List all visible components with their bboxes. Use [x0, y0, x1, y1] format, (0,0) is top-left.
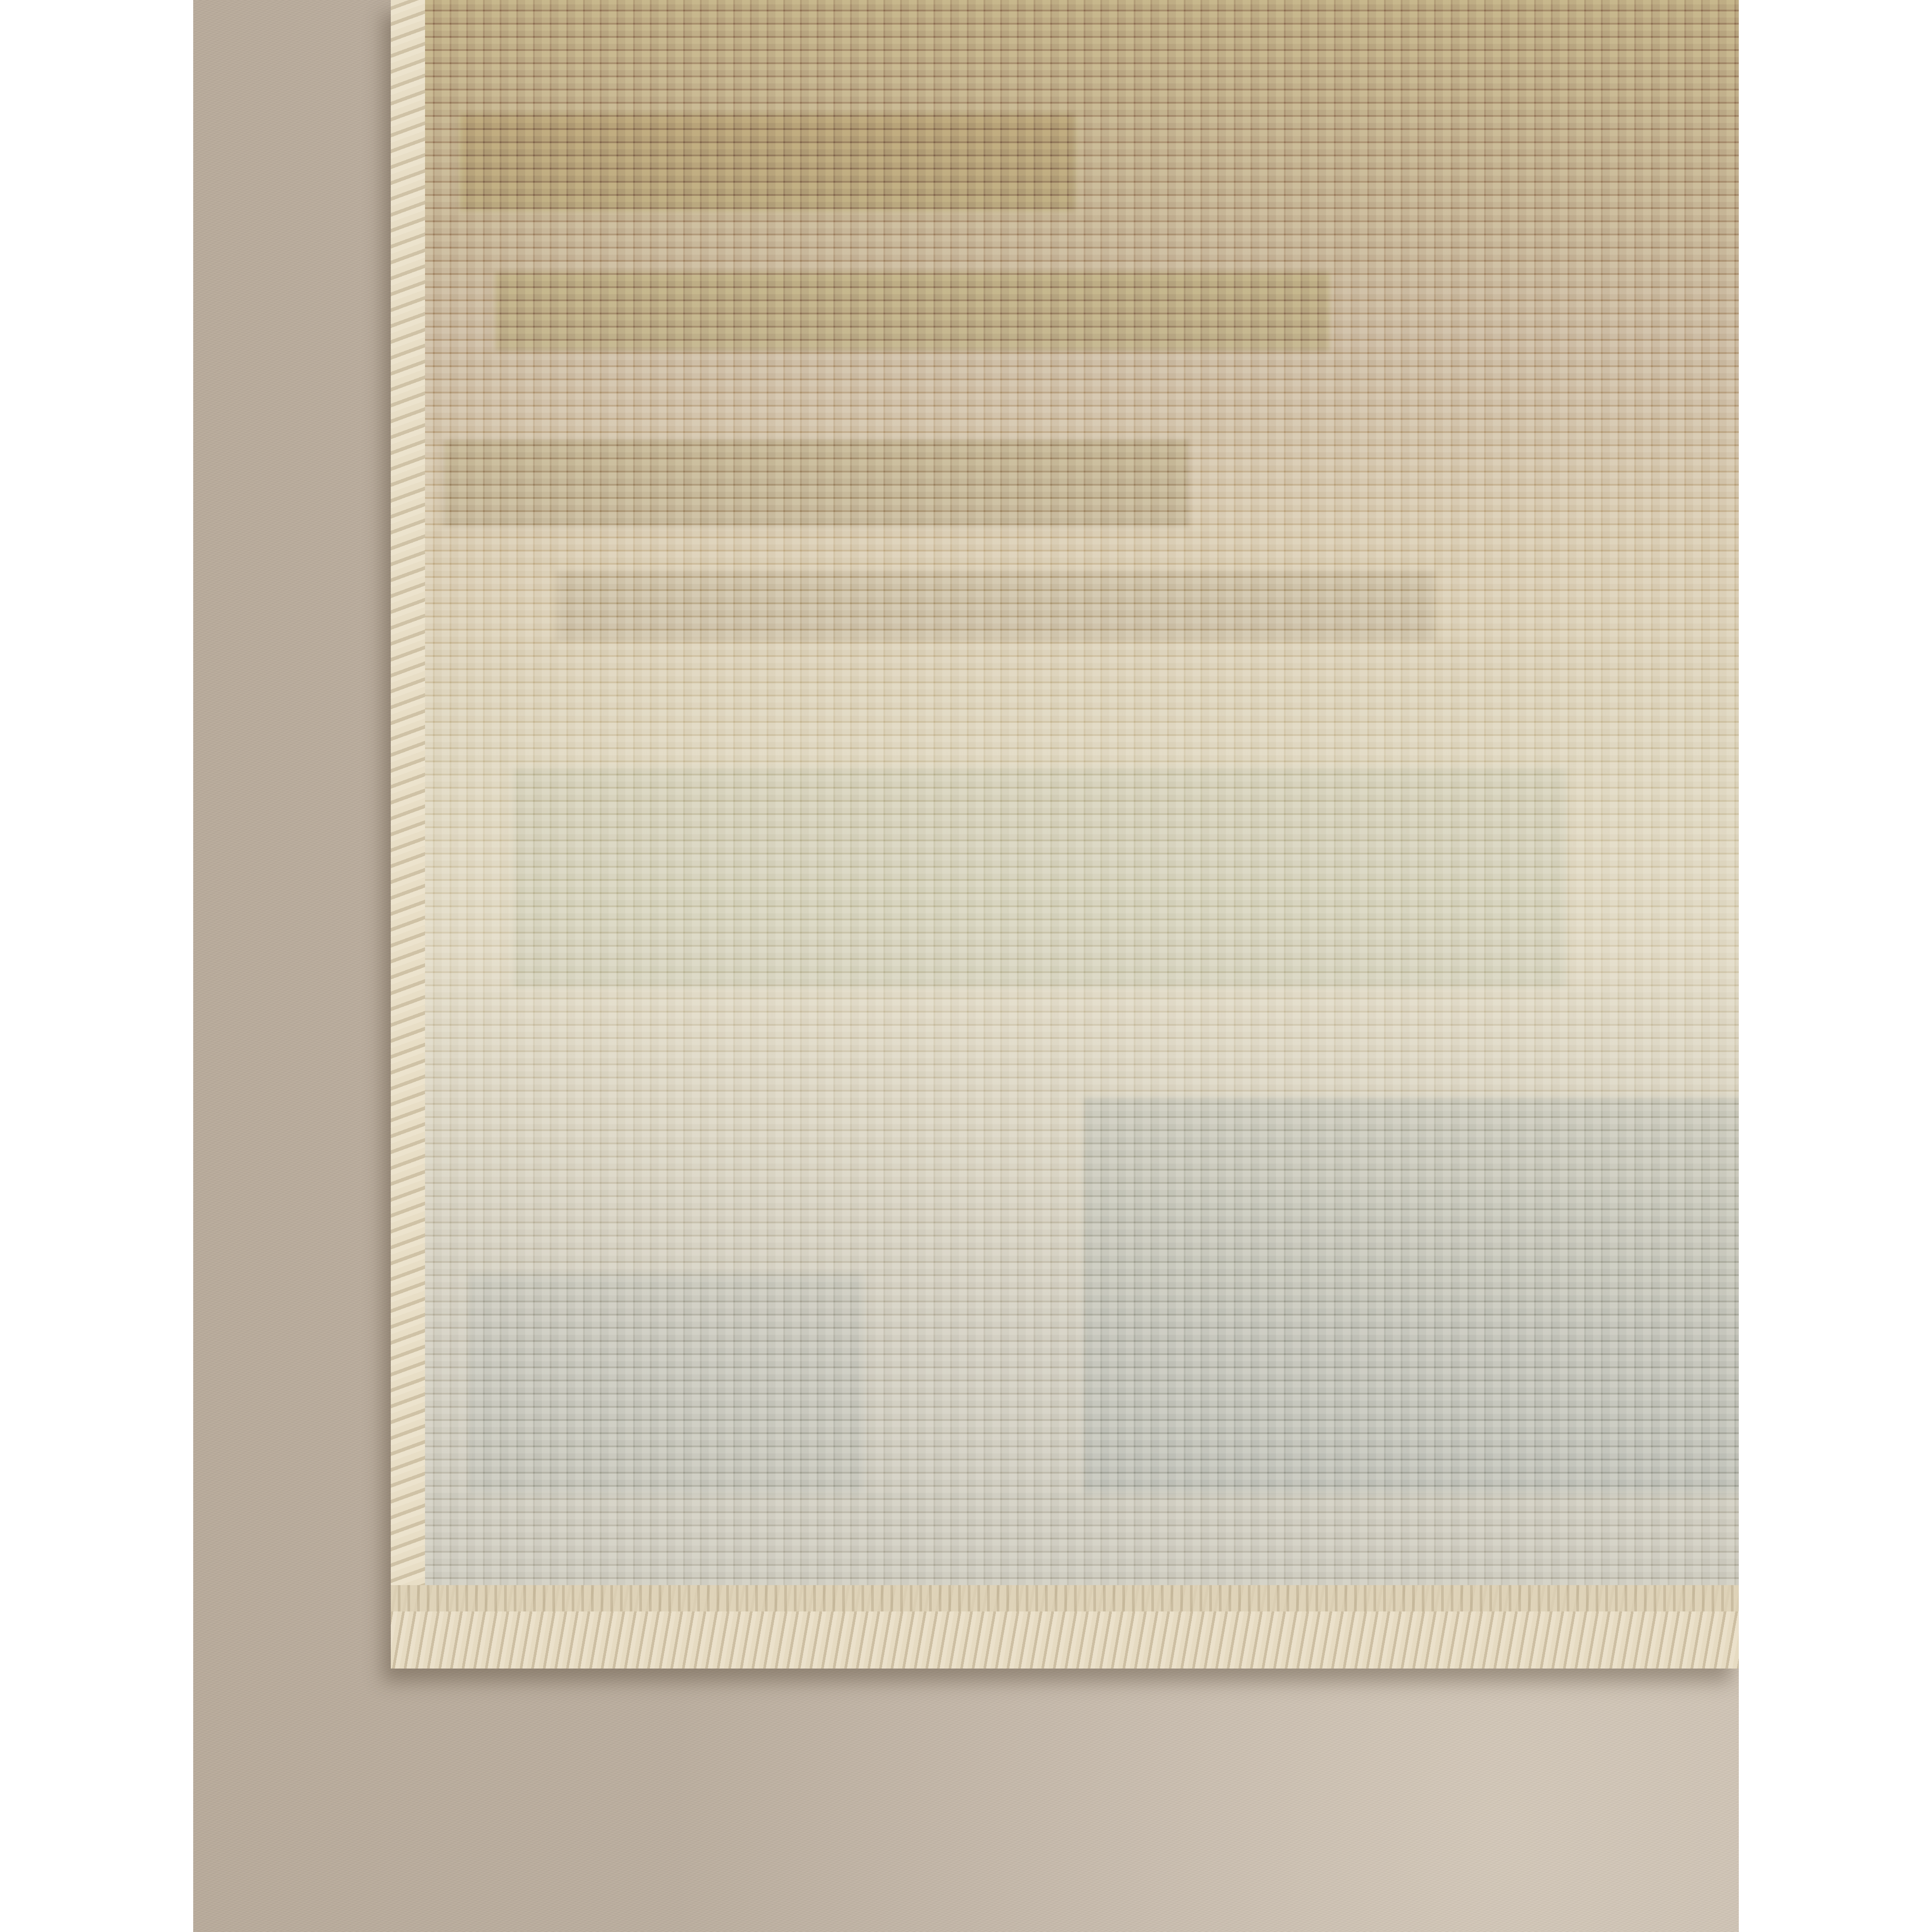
rug-weave-texture	[425, 0, 1739, 1585]
rug-left-binding	[391, 0, 425, 1669]
rug-woven-field	[425, 0, 1739, 1585]
rug	[391, 0, 1739, 1669]
product-photo	[193, 0, 1739, 1932]
rug-bottom-binding	[391, 1585, 1739, 1669]
